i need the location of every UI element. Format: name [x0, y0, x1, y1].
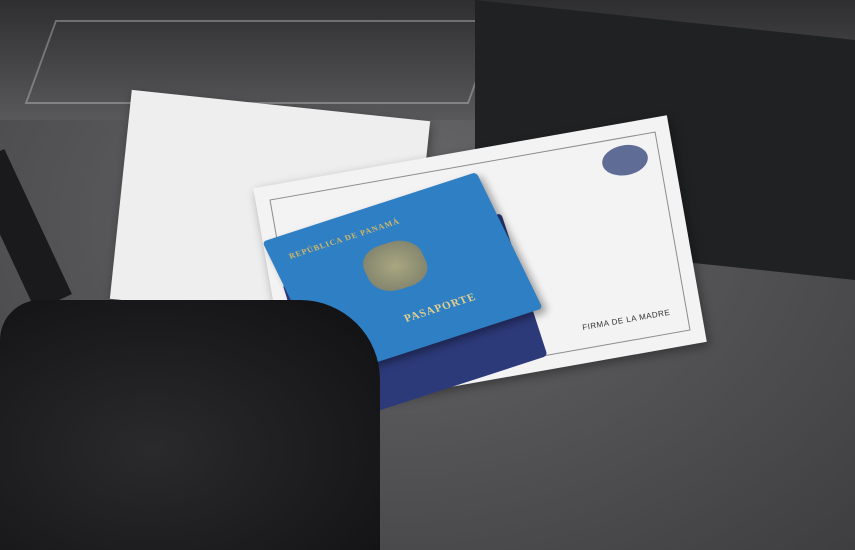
lamp-stand — [0, 149, 72, 311]
acrylic-stand — [25, 20, 500, 104]
hole-punch — [0, 300, 380, 550]
passport-title: PASAPORTE — [402, 291, 478, 325]
photo-scene: FIRMA DEL PADRE FIRMA DE LA MADRE REPÚBL… — [0, 0, 855, 550]
coat-of-arms-icon — [356, 235, 434, 297]
